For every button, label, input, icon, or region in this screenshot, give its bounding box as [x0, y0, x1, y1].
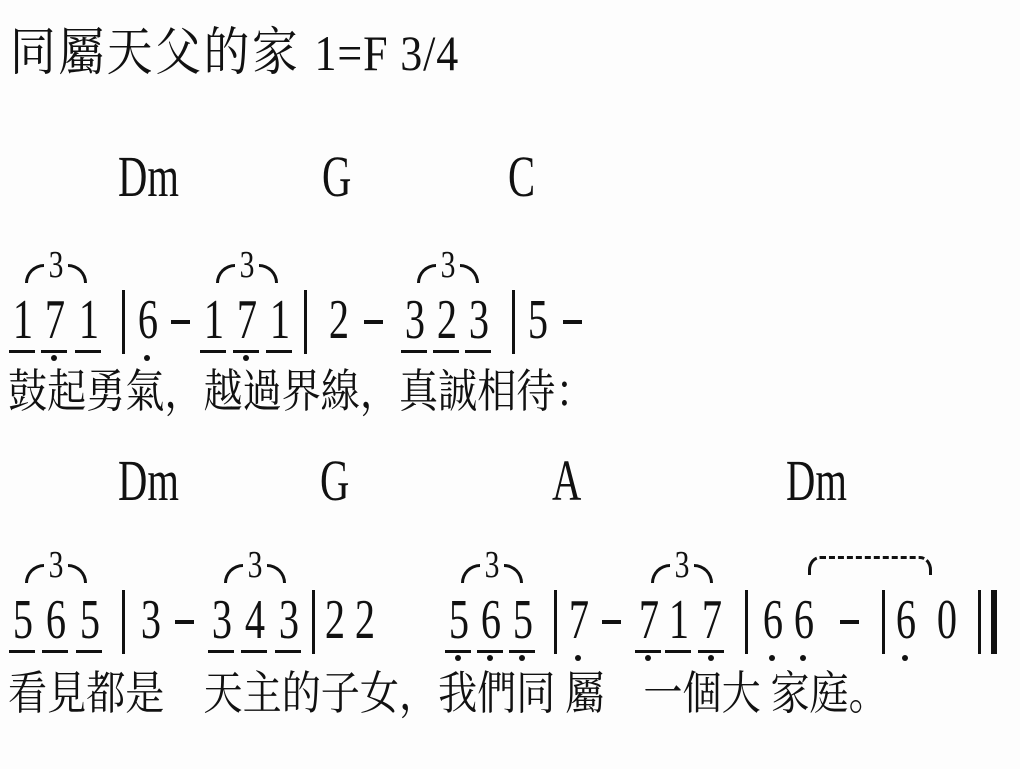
note-1: 1 [9, 292, 35, 353]
note-6-low: 6 [759, 592, 785, 650]
barline [882, 590, 885, 654]
note-5-low: 5 [445, 592, 471, 653]
note-digit: 5 [13, 592, 33, 648]
note-digit: 6 [763, 592, 783, 648]
note-7-low: 7 [41, 292, 67, 353]
note-7-low: 7 [698, 592, 724, 653]
note-digit: 3 [141, 592, 161, 648]
note-digit: 5 [449, 592, 469, 648]
note-digit: 2 [437, 292, 457, 348]
note-digit: 6 [481, 592, 501, 648]
note-digit: 3 [469, 292, 489, 348]
chord-row-1: DmGC [0, 148, 1020, 210]
note-digit: 7 [237, 292, 257, 348]
note-2: 2 [433, 292, 459, 353]
note-5: 5 [524, 292, 550, 350]
lyrics-line-1: 鼓起勇氣，越過界線，真誠相待： [8, 366, 595, 418]
note-6-low: 6 [892, 592, 918, 650]
note-digit: 5 [80, 592, 100, 648]
triplet-bracket: 3 [461, 546, 523, 588]
note-6-low: 6 [134, 292, 160, 350]
note-2: 2 [351, 592, 377, 650]
note-digit: 1 [669, 592, 689, 648]
barline [122, 590, 125, 654]
note-digit: 6 [896, 592, 916, 648]
triplet-bracket: 3 [417, 246, 479, 288]
triplet-arc-right-icon [267, 564, 286, 583]
barline [122, 290, 125, 354]
note-2: 2 [325, 292, 351, 350]
note-digit: 1 [270, 292, 290, 348]
triplet-arc-right-icon [259, 264, 278, 283]
notation-row-2: 333356533432256577176660 [0, 546, 1020, 676]
barline [745, 590, 748, 654]
note-5: 5 [9, 592, 35, 653]
barline [304, 290, 307, 354]
note-digit: 3 [212, 592, 232, 648]
triplet-bracket: 3 [25, 546, 87, 588]
triplet-bracket: 3 [651, 546, 713, 588]
rest-0: 0 [933, 592, 959, 650]
chord-dm: Dm [786, 452, 847, 510]
duration-dash [563, 320, 582, 324]
barline [512, 290, 515, 354]
note-3: 3 [137, 592, 163, 650]
duration-dash [840, 620, 859, 624]
tie-icon [808, 556, 932, 575]
triplet-bracket: 3 [224, 546, 286, 588]
final-barline [978, 590, 997, 654]
note-digit: 6 [46, 592, 66, 648]
note-digit: 2 [355, 592, 375, 648]
jianpu-sheet: 同屬天父的家1=F 3/4 DmGC 333171617123235 鼓起勇氣，… [0, 0, 1020, 769]
chord-g: G [322, 148, 351, 206]
chord-dm: Dm [118, 148, 179, 206]
barline [312, 590, 315, 654]
note-1: 1 [75, 292, 101, 353]
note-digit: 7 [639, 592, 659, 648]
note-digit: 2 [329, 292, 349, 348]
chord-g: G [320, 452, 349, 510]
note-digit: 0 [937, 592, 957, 648]
note-1: 1 [266, 292, 292, 353]
lyrics-line-2: 看見都是 天主的子女，我們同 屬 一個大 家庭。 [8, 668, 888, 720]
notation-row-1: 333171617123235 [0, 246, 1020, 376]
note-digit: 1 [13, 292, 33, 348]
note-digit: 1 [204, 292, 224, 348]
note-digit: 3 [279, 592, 299, 648]
note-digit: 7 [569, 592, 589, 648]
note-6: 6 [42, 592, 68, 653]
note-digit: 7 [702, 592, 722, 648]
note-6-low: 6 [790, 592, 816, 650]
note-1: 1 [200, 292, 226, 353]
chord-a: A [552, 452, 581, 510]
note-digit: 4 [245, 592, 265, 648]
note-digit: 5 [513, 592, 533, 648]
triplet-arc-right-icon [460, 264, 479, 283]
title-row: 同屬天父的家1=F 3/4 [10, 24, 459, 84]
note-7-low: 7 [565, 592, 591, 650]
barline [554, 590, 557, 654]
note-digit: 5 [528, 292, 548, 348]
note-digit: 6 [794, 592, 814, 648]
triplet-arc-right-icon [68, 264, 87, 283]
note-digit: 6 [138, 292, 158, 348]
note-3: 3 [208, 592, 234, 653]
song-title: 同屬天父的家 [10, 25, 300, 82]
triplet-arc-right-icon [504, 564, 523, 583]
triplet-arc-right-icon [694, 564, 713, 583]
note-digit: 2 [325, 592, 345, 648]
note-3: 3 [465, 292, 491, 353]
duration-dash [175, 620, 194, 624]
note-digit: 7 [45, 292, 65, 348]
note-3: 3 [401, 292, 427, 353]
duration-dash [602, 620, 621, 624]
duration-dash [364, 320, 383, 324]
key-signature: 1=F 3/4 [314, 25, 459, 81]
note-digit: 1 [79, 292, 99, 348]
duration-dash [171, 320, 190, 324]
note-1: 1 [665, 592, 691, 653]
note-6-low: 6 [477, 592, 503, 653]
triplet-bracket: 3 [216, 246, 278, 288]
note-7-low: 7 [233, 292, 259, 353]
note-5-low: 5 [509, 592, 535, 653]
triplet-bracket: 3 [25, 246, 87, 288]
chord-dm: Dm [118, 452, 179, 510]
note-2: 2 [321, 592, 347, 650]
note-4: 4 [241, 592, 267, 653]
triplet-arc-right-icon [68, 564, 87, 583]
note-5: 5 [76, 592, 102, 653]
note-3: 3 [275, 592, 301, 653]
chord-c: C [508, 148, 535, 206]
note-7-low: 7 [635, 592, 661, 653]
chord-row-2: DmGADm [0, 452, 1020, 514]
note-digit: 3 [405, 292, 425, 348]
